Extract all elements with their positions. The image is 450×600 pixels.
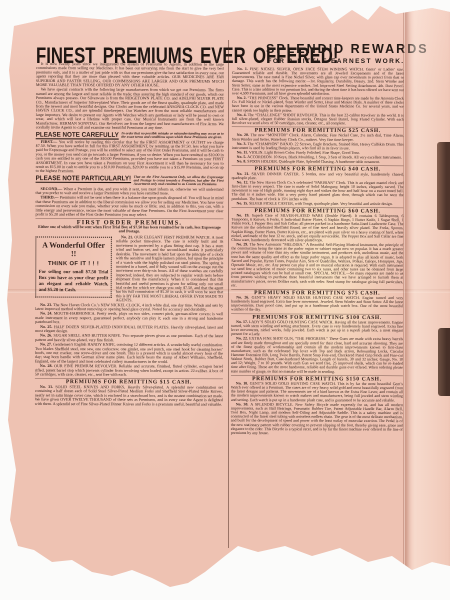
item-number: No. 25. xyxy=(40,324,54,329)
offer-emphasis: THINK OF IT ! ! ! xyxy=(39,262,109,266)
premium-paragraph: THIRD.— Premiums will not be sent when t… xyxy=(35,196,223,218)
premium-paragraph: No. 15. SILVER PICKLE CASTER, with Tongs… xyxy=(232,201,404,206)
rewards-header: SPLENDID REWARDS FOR A LITTLE EARNEST WO… xyxy=(266,42,406,65)
item-number: No. 21. xyxy=(121,235,134,240)
item-number: No. 22. xyxy=(236,336,249,341)
item-number: No. 17. xyxy=(236,319,249,324)
section-heading: PREMIUMS FOR REMITTING $40 CASH. xyxy=(232,165,404,171)
item-number: No. 15. xyxy=(237,201,250,206)
item-number: No. 19. xyxy=(236,213,251,218)
item-number: No. 1. xyxy=(237,67,250,72)
column-divider-rule xyxy=(228,40,229,548)
item-number: No. 20. xyxy=(237,133,251,138)
item-number: No. 26. xyxy=(236,295,251,300)
premium-paragraph: No. 8. SPOON HOLDER. Quadruple Plate, Sp… xyxy=(232,160,404,165)
adjacent-page-fragment xyxy=(438,328,450,396)
note-heading: PLEASE NOTE PARTICULARLY! xyxy=(36,175,132,183)
premium-paragraph: No. 31. SOLID STEEL KNIVES AND FORKS, He… xyxy=(35,385,223,407)
premium-paragraph: No. 24. MOUTH-HARMONICA. Pretty reeds, p… xyxy=(35,312,223,325)
note-aside: That on the First Assortment Only, we al… xyxy=(134,175,224,186)
rewards-subtitle: FOR A LITTLE EARNEST WORK. xyxy=(266,58,406,65)
rewards-title: SPLENDID REWARDS xyxy=(266,42,406,56)
item-number: No. 29. xyxy=(236,242,249,247)
item-number: No. 18. xyxy=(236,381,250,386)
premium-paragraph: We have special contracts with the follo… xyxy=(36,88,224,131)
item-number: No. 30. xyxy=(236,402,251,407)
vertical-fold-crease xyxy=(403,0,405,600)
premium-paragraph: No. 27. Gentlemen’s English HANDY KNIFE,… xyxy=(35,343,223,365)
item-number: THIRD.— xyxy=(41,195,60,200)
right-text-column: No. 1. FINE NICKEL SILVER, OPEN FACE STE… xyxy=(231,67,404,436)
item-number: No. 27. xyxy=(40,342,53,347)
item-number: No. 23. xyxy=(40,302,53,307)
note-aside: In order that no possible mistake or mis… xyxy=(121,132,223,140)
item-number: No. 26. xyxy=(40,333,53,338)
left-text-column: It is now twenty years since we inaugura… xyxy=(35,62,224,407)
item-number: No. 24. xyxy=(40,311,54,316)
section-subhead: Either one of which will be sent when Fi… xyxy=(35,225,223,234)
item-number: No. 21. xyxy=(237,171,252,176)
item-number: No. 3. xyxy=(237,141,248,146)
premium-paragraph: FIRST.— You will notice by reading this … xyxy=(36,140,224,174)
right-fold-flap xyxy=(405,0,450,600)
item-number: No. 28. xyxy=(40,364,54,369)
premium-paragraph: It is now twenty years since we inaugura… xyxy=(36,62,224,88)
premium-paragraph: No. 2. “THE PRINCESS” Clock. These beaut… xyxy=(232,96,404,113)
note-row: PLEASE NOTE PARTICULARLY!That on the Fir… xyxy=(36,175,224,187)
premium-paragraph: No. 18. GENT’S SOLID GOLD HUNTING CASE W… xyxy=(231,381,403,402)
premium-paragraph: No. 28. OUR FINE PREMIUM REVOLVER. Relia… xyxy=(35,364,223,377)
premium-paragraph: No. 12. The New Haven Clock Co.’s celebr… xyxy=(232,180,404,201)
item-number: No. 12. xyxy=(237,180,250,185)
offer-body: For selling our small $7.50 Trial Box yo… xyxy=(39,269,109,293)
item-number: No. 4. xyxy=(237,112,248,117)
item-number: No. 31. xyxy=(40,384,56,389)
premium-paragraph: No. 1. FINE NICKEL SILVER, OPEN FACE STE… xyxy=(232,67,404,96)
premium-paragraph: No. 22. EXTRA FINE SHOT GUN, “THE PROGRE… xyxy=(231,337,403,374)
scanned-circular: FINEST PREMIUMS EVER OFFERED! SPLENDID R… xyxy=(0,0,450,600)
item-number: FIRST.— xyxy=(41,139,59,144)
offer-title: A Wonderful Offer !! xyxy=(39,241,109,258)
premium-paragraph: No. 30. A SPLENDID BICYCLE. New Safety B… xyxy=(231,402,403,435)
premium-paragraph: No. 4. The “CHALLENGE” SHOOT REVOLVER. T… xyxy=(232,113,404,126)
adjacent-page-fragment xyxy=(437,142,450,230)
item-number: No. 8. xyxy=(237,159,248,164)
note-heading: PLEASE NOTE CAREFULLY xyxy=(36,131,119,139)
torn-paper-sheet: FINEST PREMIUMS EVER OFFERED! SPLENDID R… xyxy=(0,0,450,600)
section-heading: PREMIUMS FOR REMITTING $100 CASH. xyxy=(231,313,403,319)
wonderful-offer-box: A Wonderful Offer !!THINK OF IT ! ! !For… xyxy=(35,237,112,298)
note-row: PLEASE NOTE CAREFULLYIn order that no po… xyxy=(36,131,224,139)
item-number: No. 2. xyxy=(237,96,248,101)
premium-paragraph: No. 17. LADY’S SOLID GOLD HUNTING CASE W… xyxy=(231,320,403,337)
item-number: SECOND.— xyxy=(41,186,64,191)
premium-paragraph: No. 19. Superb Case of SILVER-PLATED WAR… xyxy=(231,213,403,242)
premium-paragraph: No. 26. GENT’S HEAVY SOLID SILVER HUNTIN… xyxy=(231,295,403,312)
premium-paragraph: No. 29. The New Automatic “MELODIA.” A B… xyxy=(231,243,403,288)
corner-tear-shadow xyxy=(0,0,16,9)
